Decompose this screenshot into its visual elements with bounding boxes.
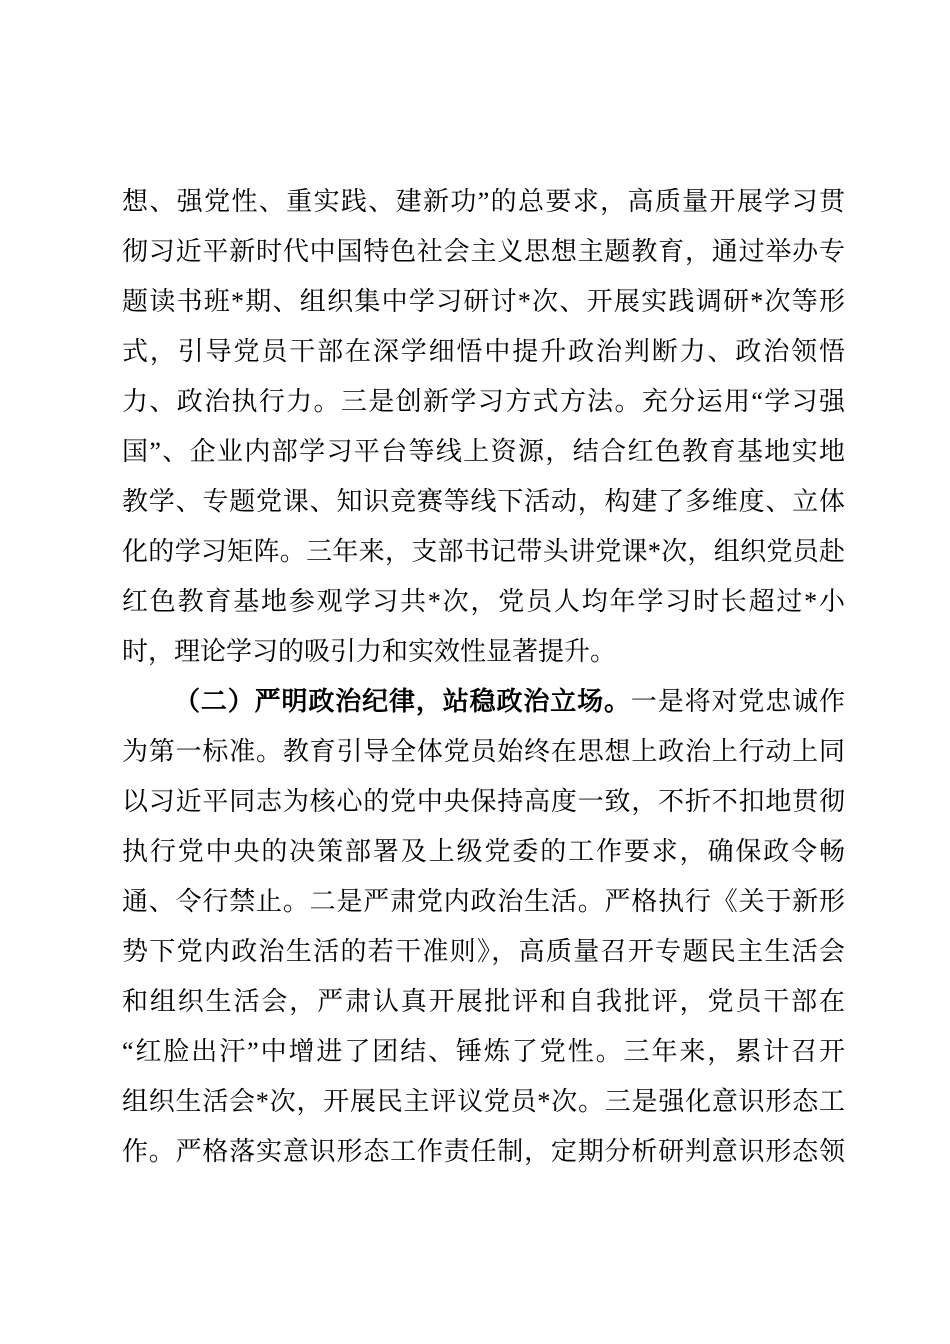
text-segment: 作。严格落实意识形态工作责任制，定期分析研判意识形态领 (122, 1137, 845, 1166)
text-segment: 组织生活会*次，开展民主评议党员*次。三是强化意识形态工 (122, 1087, 845, 1116)
text-line: 和组织生活会，严肃认真开展批评和自我批评，党员干部在 (122, 977, 845, 1027)
text-segment: 想、强党性、重实践、建新功”的总要求，高质量开展学习贯 (122, 187, 845, 216)
text-segment: 以习近平同志为核心的党中央保持高度一致，不折不扣地贯彻 (122, 787, 845, 816)
text-segment: 题读书班*期、组织集中学习研讨*次、开展实践调研*次等形 (122, 287, 845, 316)
paragraph-political-discipline: （二）严明政治纪律，站稳政治立场。一是将对党忠诚作为第一标准。教育引导全体党员始… (122, 677, 845, 1177)
text-line: 作。严格落实意识形态工作责任制，定期分析研判意识形态领 (122, 1127, 845, 1177)
paragraph-theme-education: 想、强党性、重实践、建新功”的总要求，高质量开展学习贯彻习近平新时代中国特色社会… (122, 177, 845, 677)
text-segment: 彻习近平新时代中国特色社会主义思想主题教育，通过举办专 (122, 237, 845, 266)
text-line: 教学、专题党课、知识竞赛等线下活动，构建了多维度、立体 (122, 477, 845, 527)
text-segment: 式，引导党员干部在深学细悟中提升政治判断力、政治领悟 (122, 337, 845, 366)
text-line: 化的学习矩阵。三年来，支部书记带头讲党课*次，组织党员赴 (122, 527, 845, 577)
document-body: 想、强党性、重实践、建新功”的总要求，高质量开展学习贯彻习近平新时代中国特色社会… (122, 177, 845, 1177)
text-line: 为第一标准。教育引导全体党员始终在思想上政治上行动上同 (122, 727, 845, 777)
text-line: 执行党中央的决策部署及上级党委的工作要求，确保政令畅 (122, 827, 845, 877)
text-segment: 教学、专题党课、知识竞赛等线下活动，构建了多维度、立体 (122, 487, 845, 516)
text-line: 力、政治执行力。三是创新学习方式方法。充分运用“学习强 (122, 377, 845, 427)
text-line: 通、令行禁止。二是严肃党内政治生活。严格执行《关于新形 (122, 877, 845, 927)
text-segment: 执行党中央的决策部署及上级党委的工作要求，确保政令畅 (122, 837, 845, 866)
text-line: 彻习近平新时代中国特色社会主义思想主题教育，通过举办专 (122, 227, 845, 277)
text-segment: 国”、企业内部学习平台等线上资源，结合红色教育基地实地 (122, 437, 845, 466)
text-line: 国”、企业内部学习平台等线上资源，结合红色教育基地实地 (122, 427, 845, 477)
text-segment: 化的学习矩阵。三年来，支部书记带头讲党课*次，组织党员赴 (122, 537, 845, 566)
text-line: 组织生活会*次，开展民主评议党员*次。三是强化意识形态工 (122, 1077, 845, 1127)
text-segment: 势下党内政治生活的若干准则》，高质量召开专题民主生活会 (122, 937, 845, 966)
text-segment: “红脸出汗”中增进了团结、锤炼了党性。三年来，累计召开 (122, 1037, 845, 1066)
text-segment: 力、政治执行力。三是创新学习方式方法。充分运用“学习强 (122, 387, 845, 416)
section-heading-text: （二）严明政治纪律，站稳政治立场。 (174, 687, 631, 716)
text-segment: 一是将对党忠诚作 (631, 687, 845, 716)
text-line: “红脸出汗”中增进了团结、锤炼了党性。三年来，累计召开 (122, 1027, 845, 1077)
text-line: 式，引导党员干部在深学细悟中提升政治判断力、政治领悟 (122, 327, 845, 377)
text-segment: 和组织生活会，严肃认真开展批评和自我批评，党员干部在 (122, 987, 845, 1016)
text-segment: 为第一标准。教育引导全体党员始终在思想上政治上行动上同 (122, 737, 845, 766)
text-segment: 红色教育基地参观学习共*次，党员人均年学习时长超过*小 (122, 587, 845, 616)
text-segment: 通、令行禁止。二是严肃党内政治生活。严格执行《关于新形 (122, 887, 845, 916)
text-line: 红色教育基地参观学习共*次，党员人均年学习时长超过*小 (122, 577, 845, 627)
document-page: 想、强党性、重实践、建新功”的总要求，高质量开展学习贯彻习近平新时代中国特色社会… (0, 0, 950, 1344)
text-segment: 时，理论学习的吸引力和实效性显著提升。 (122, 637, 616, 666)
text-line: 想、强党性、重实践、建新功”的总要求，高质量开展学习贯 (122, 177, 845, 227)
text-line: （二）严明政治纪律，站稳政治立场。一是将对党忠诚作 (122, 677, 845, 727)
text-line: 势下党内政治生活的若干准则》，高质量召开专题民主生活会 (122, 927, 845, 977)
text-line: 题读书班*期、组织集中学习研讨*次、开展实践调研*次等形 (122, 277, 845, 327)
text-line: 时，理论学习的吸引力和实效性显著提升。 (122, 627, 845, 677)
text-line: 以习近平同志为核心的党中央保持高度一致，不折不扣地贯彻 (122, 777, 845, 827)
